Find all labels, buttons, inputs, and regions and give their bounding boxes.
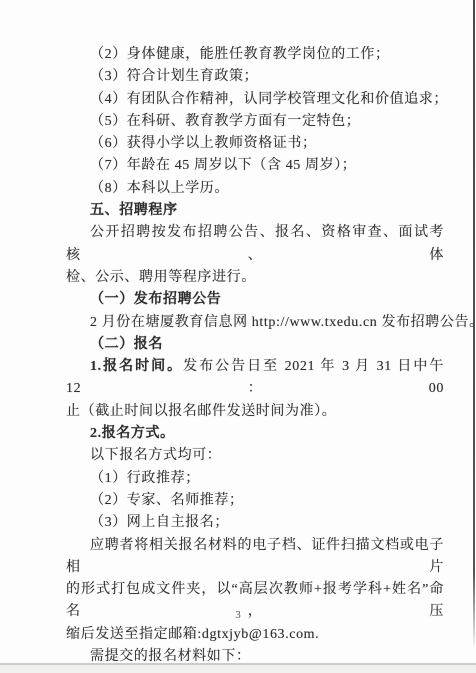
document-line: （7）年龄在 45 周岁以下（含 45 周岁）；: [66, 155, 444, 177]
document-body: （2）身体健康，能胜任教育教学岗位的工作； （3）符合计划生育政策； （4）有团…: [66, 44, 444, 668]
subsection-heading: （一）发布招聘公告: [66, 289, 444, 311]
subsection-heading: （二）报名: [66, 334, 444, 356]
line-text: （一）发布招聘公告: [90, 292, 221, 307]
line-text: （1）行政推荐；: [90, 471, 200, 486]
line-text: 以下报名方式均可：: [90, 448, 221, 463]
line-bold-prefix: 1.报名时间。: [90, 359, 183, 374]
line-text: 应聘者将相关报名材料的电子档、证件扫描文档或电子相片: [66, 538, 444, 575]
document-line: 以下报名方式均可：: [66, 445, 444, 467]
document-line: 止（截止时间以报名邮件发送时间为准）。: [66, 401, 444, 423]
line-text: （6）获得小学以上教师资格证书；: [90, 136, 317, 151]
document-line: 检、公示、聘用等程序进行。: [66, 267, 444, 289]
document-line: （3）符合计划生育政策；: [66, 66, 444, 88]
line-text: （4）有团队合作精神，认同学校管理文化和价值追求；: [90, 92, 448, 107]
line-bold-prefix: 2.报名方式。: [90, 426, 175, 441]
document-line: （3）网上自主报名；: [66, 512, 444, 534]
line-text: 五、招聘程序: [90, 203, 178, 218]
line-text: 缩后发送至指定邮箱:dgtxjyb@163.com.: [66, 627, 319, 642]
scanned-document-page: （2）身体健康，能胜任教育教学岗位的工作； （3）符合计划生育政策； （4）有团…: [0, 0, 476, 673]
line-text: （8）本科以上学历。: [90, 181, 229, 196]
scan-bottom-shadow: [0, 663, 476, 673]
line-text: （3）符合计划生育政策；: [90, 69, 258, 84]
line-text: （5）在科研、教育教学方面有一定特色；: [90, 114, 360, 129]
line-text: （二）报名: [90, 337, 163, 352]
line-text: 止（截止时间以报名邮件发送时间为准）。: [66, 404, 336, 419]
section-heading: 五、招聘程序: [66, 200, 444, 222]
document-line: （8）本科以上学历。: [66, 178, 444, 200]
document-line: （4）有团队合作精神，认同学校管理文化和价值追求；: [66, 89, 444, 111]
line-text: （2）专家、名师推荐；: [90, 493, 244, 508]
line-text: 检、公示、聘用等程序进行。: [66, 270, 256, 285]
document-line: 2 月份在塘厦教育信息网 http://www.txedu.cn 发布招聘公告。: [66, 312, 444, 334]
document-line: 1.报名时间。发布公告日至 2021 年 3 月 31 日中午 12：00: [66, 356, 444, 401]
scan-edge-line: [473, 0, 475, 650]
document-line: （1）行政推荐；: [66, 468, 444, 490]
line-text: （7）年龄在 45 周岁以下（含 45 周岁）；: [90, 158, 356, 173]
document-line: （2）专家、名师推荐；: [66, 490, 444, 512]
document-line: （2）身体健康，能胜任教育教学岗位的工作；: [66, 44, 444, 66]
document-line: 缩后发送至指定邮箱:dgtxjyb@163.com.: [66, 624, 444, 646]
line-text: （3）网上自主报名；: [90, 515, 229, 530]
document-line: （6）获得小学以上教师资格证书；: [66, 133, 444, 155]
document-line: （5）在科研、教育教学方面有一定特色；: [66, 111, 444, 133]
document-line: 2.报名方式。: [66, 423, 444, 445]
page-number: 3: [0, 609, 476, 621]
document-line: 公开招聘按发布招聘公告、报名、资格审查、面试考核、体: [66, 222, 444, 267]
line-text: （2）身体健康，能胜任教育教学岗位的工作；: [90, 47, 390, 62]
line-text: 需提交的报名材料如下：: [90, 649, 251, 664]
document-line: 应聘者将相关报名材料的电子档、证件扫描文档或电子相片: [66, 535, 444, 580]
line-text: 2 月份在塘厦教育信息网 http://www.txedu.cn 发布招聘公告。: [90, 315, 476, 330]
line-text: 公开招聘按发布招聘公告、报名、资格审查、面试考核、体: [66, 225, 444, 262]
